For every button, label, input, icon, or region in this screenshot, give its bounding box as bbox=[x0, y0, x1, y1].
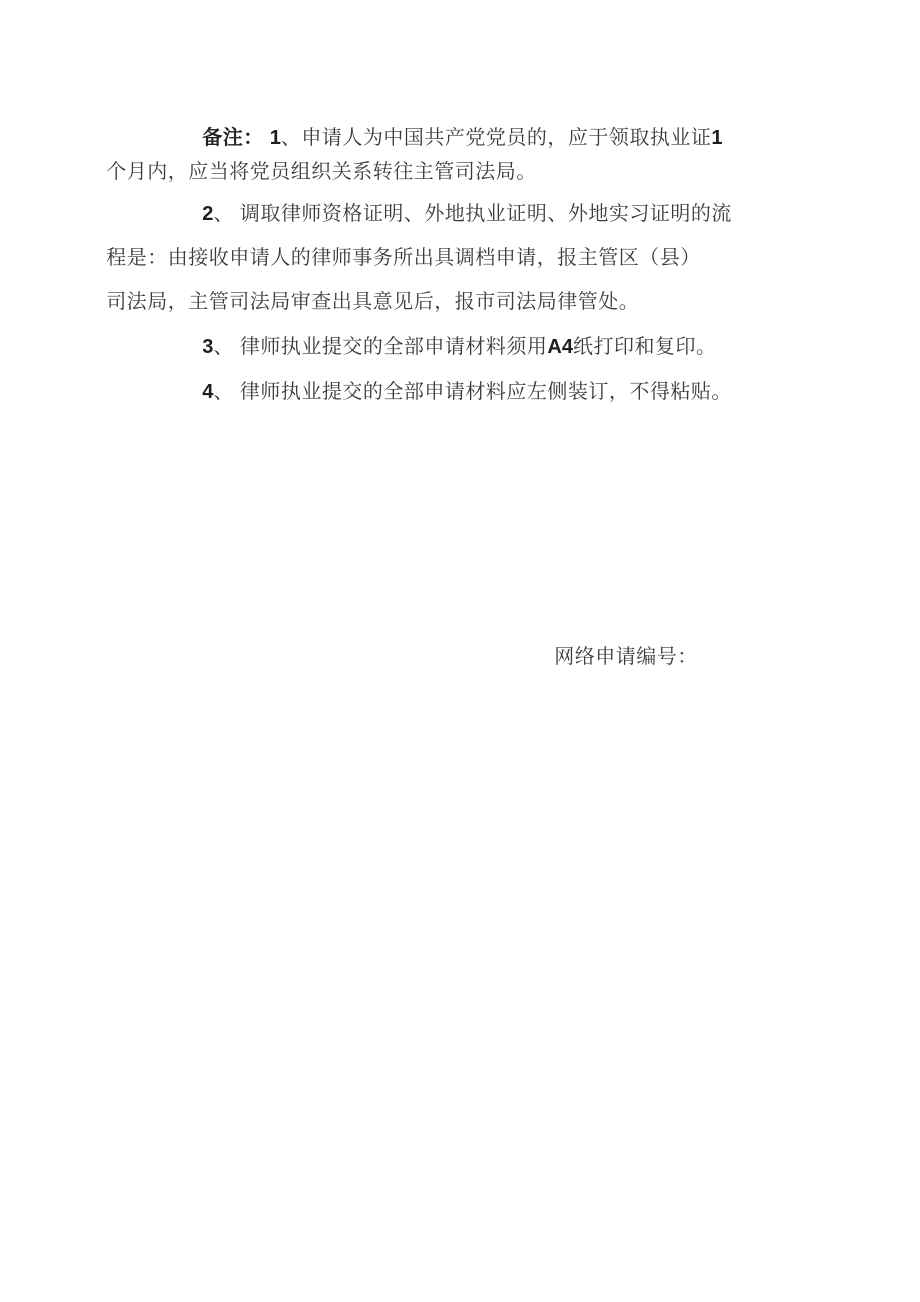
note-3-text-end: 纸打印和复印。 bbox=[573, 336, 717, 358]
note-4-number: 4 bbox=[202, 381, 213, 403]
note-3-paper-size: A4 bbox=[547, 336, 573, 358]
note-2-text-end: 司法局，主管司法局审查出具意见后，报市司法局律管处。 bbox=[106, 291, 639, 313]
application-number-text: 网络申请编号： bbox=[554, 646, 698, 668]
note-4-text: 、 律师执业提交的全部申请材料应左侧装订，不得粘贴。 bbox=[213, 381, 732, 403]
note-line-7: 4、 律师执业提交的全部申请材料应左侧装订，不得粘贴。 bbox=[178, 356, 732, 428]
application-number-label: 网络申请编号： bbox=[530, 621, 698, 693]
document-page: 备注： 1、申请人为中国共产党党员的，应于领取执业证1 个月内，应当将党员组织关… bbox=[0, 0, 920, 1302]
note-3-number: 3 bbox=[202, 336, 213, 358]
note-3-text: 、 律师执业提交的全部申请材料须用 bbox=[213, 336, 547, 358]
note-1-number-tail: 1 bbox=[711, 127, 722, 149]
